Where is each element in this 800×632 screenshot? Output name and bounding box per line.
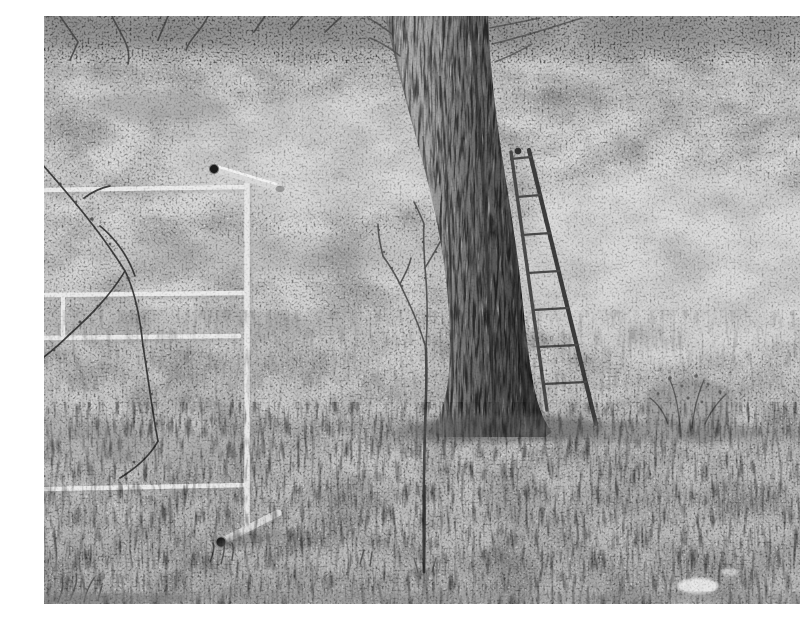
photo-frame (40, 16, 800, 616)
photo-grain (44, 16, 800, 604)
margin-left (40, 16, 44, 616)
margin-bottom (40, 604, 800, 616)
photograph (40, 16, 800, 616)
